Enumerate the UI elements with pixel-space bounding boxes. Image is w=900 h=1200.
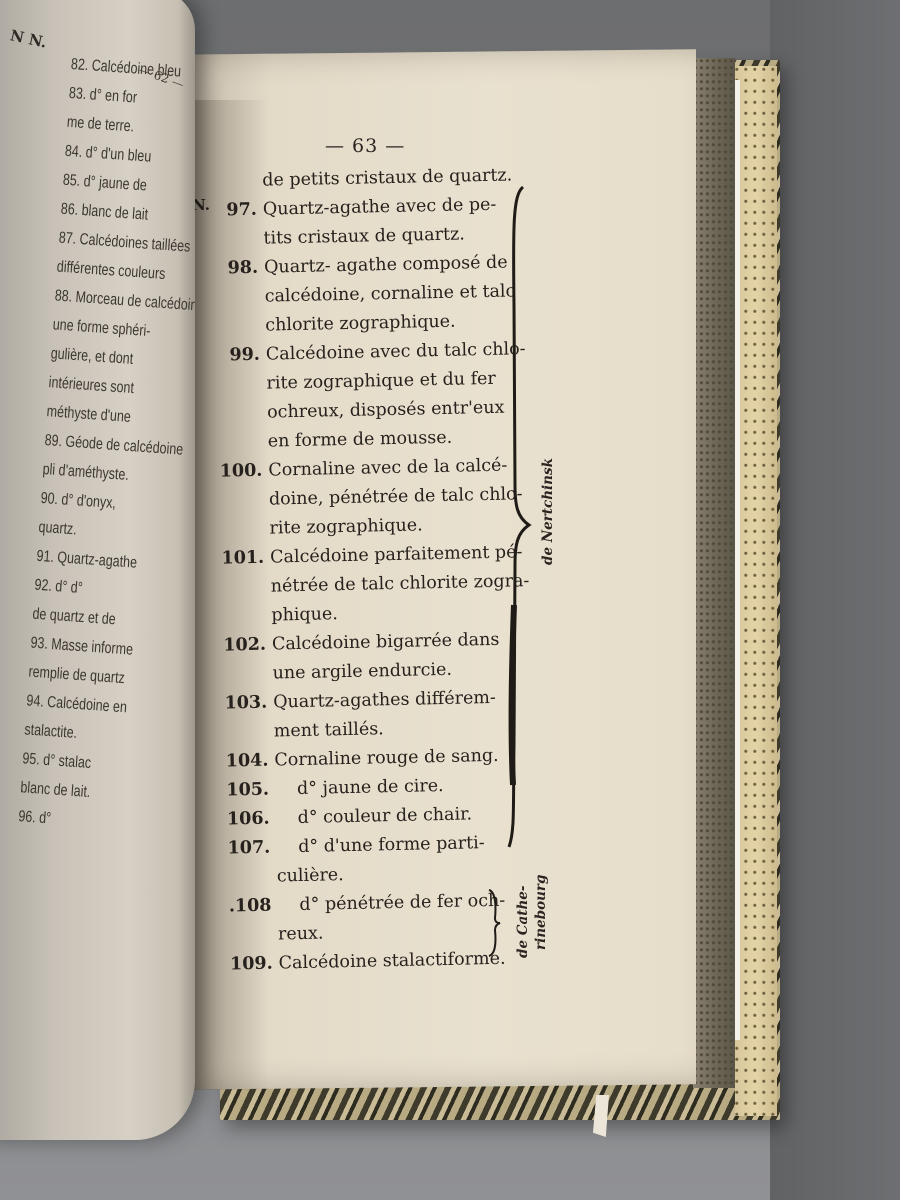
entry-text: ment taillés. [274, 715, 385, 746]
entry-text: Cornaline rouge de sang. [274, 742, 499, 776]
left-page-header: N N. [9, 26, 49, 51]
entry-number: 104. [210, 747, 275, 777]
entry-number: 100. [204, 457, 269, 487]
side-note-catherinebourg-2: rinebourg [533, 875, 549, 950]
entry-number: .108 [213, 892, 278, 922]
entry-number: 105. [211, 776, 276, 806]
side-note-catherinebourg-1: de Cathe- [515, 886, 531, 958]
entry-number: 98. [200, 254, 265, 284]
entry-number: 106. [211, 805, 276, 835]
entry-text: phique. [271, 600, 338, 630]
entry-text: Quartz-agathes différem- [273, 684, 496, 718]
entry-number: 103. [209, 689, 274, 719]
entry-text: reux. [278, 920, 324, 950]
entry-number: 101. [206, 544, 271, 574]
entry-number: 97. [199, 196, 264, 226]
entry-text: chlorite zographique. [265, 308, 456, 341]
entry-text: culière. [277, 861, 345, 891]
entry-text: en forme de mousse. [267, 424, 452, 457]
entry-text: d° jaune de cire. [275, 772, 444, 805]
entry-number: 102. [208, 631, 273, 661]
entry-text: Calcédoine stalactiforme. [278, 945, 505, 979]
entry-number: 99. [202, 341, 267, 371]
side-note-nertchinsk: de Nertchinsk [540, 458, 556, 565]
entry-text: tits cristaux de quartz. [263, 220, 465, 253]
entry-text: une argile endurcie. [272, 656, 452, 689]
page-number: — 63 — [325, 135, 405, 157]
endpaper-strip [735, 80, 740, 1040]
entry-number: 109. [214, 949, 279, 979]
entry-text: d° d'une forme parti- [276, 829, 485, 862]
brace-catherinebourg-icon [486, 888, 502, 958]
brace-nertchinsk-icon [505, 185, 535, 850]
left-page: N N. — 62 — 82. Calcédoine bleu83. d° en… [0, 0, 195, 1140]
book-cover-edge [735, 66, 777, 1116]
entry-text: rite zographique. [269, 511, 423, 543]
background-wall [770, 0, 900, 1200]
entry-number: 107. [212, 834, 277, 864]
page-block-edge [693, 58, 735, 1088]
entry-text: d° couleur de chair. [275, 800, 472, 833]
left-page-entries: 82. Calcédoine bleu83. d° en for me de t… [17, 50, 195, 844]
catalogue-entries: de petits cristaux de quartz.97.Quartz-a… [198, 162, 515, 980]
